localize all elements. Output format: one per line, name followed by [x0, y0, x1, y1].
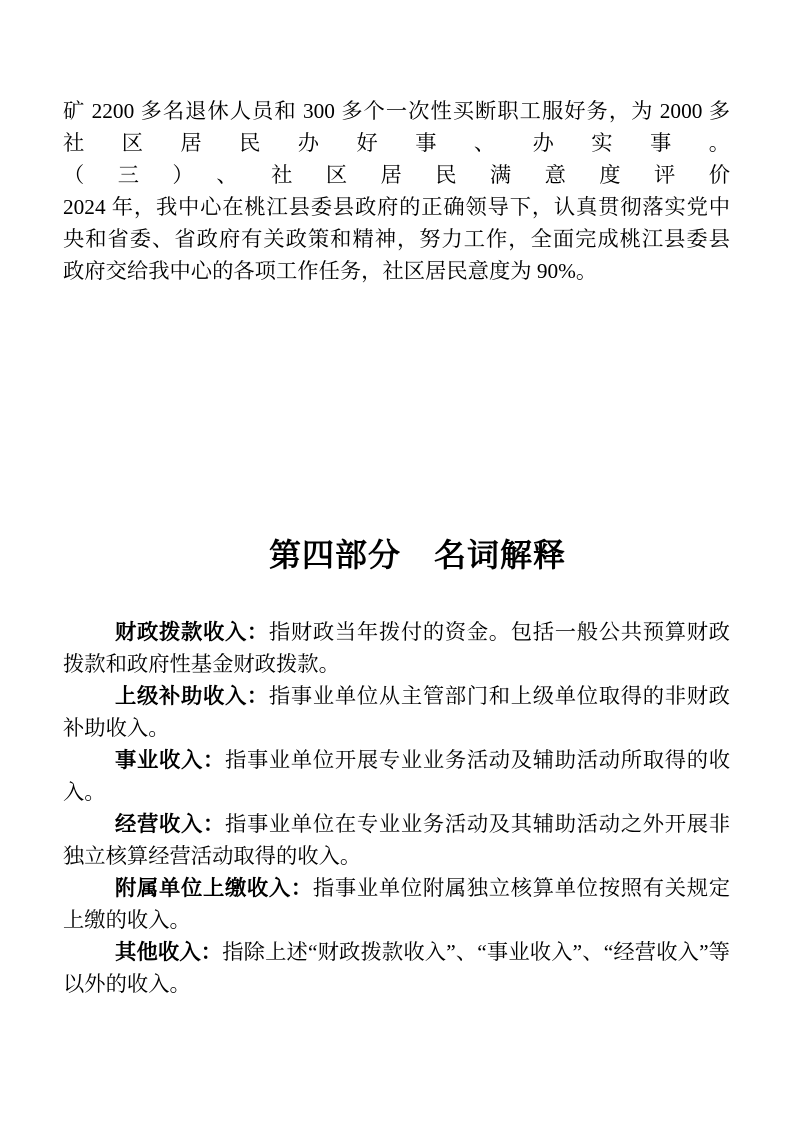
intro-line-2: 社区居民办好事、办实事。	[63, 127, 730, 159]
definition-paragraph-business-income: 经营收入：指事业单位在专业业务活动及其辅助活动之外开展非独立核算经营活动取得的收…	[63, 808, 730, 872]
definition-term: 附属单位上缴收入：	[115, 876, 313, 900]
definition-paragraph-other-income: 其他收入：指除上述“财政拨款收入”、“事业收入”、“经营收入”等以外的收入。	[63, 936, 730, 1000]
intro-line-5: 央和省委、省政府有关政策和精神，努力工作，全面完成桃江县委县	[63, 223, 730, 255]
definition-term: 财政拨款收入：	[115, 620, 269, 644]
definition-paragraph-fiscal-appropriation: 财政拨款收入：指财政当年拨付的资金。包括一般公共预算财政拨款和政府性基金财政拨款…	[63, 616, 730, 680]
definition-term: 其他收入：	[115, 940, 222, 964]
definition-paragraph-operation-income: 事业收入：指事业单位开展专业业务活动及辅助活动所取得的收入。	[63, 744, 730, 808]
definition-paragraph-affiliated-unit-income: 附属单位上缴收入：指事业单位附属独立核算单位按照有关规定上缴的收入。	[63, 872, 730, 936]
intro-line-1: 矿 2200 多名退休人员和 300 多个一次性买断职工服好务，为 2000 多	[63, 95, 730, 127]
document-page: 矿 2200 多名退休人员和 300 多个一次性买断职工服好务，为 2000 多…	[0, 0, 793, 1122]
intro-line-3: （三）、社区居民满意度评价	[63, 159, 730, 191]
definition-term: 经营收入：	[115, 812, 225, 836]
section-title: 第四部分 名词解释	[63, 531, 730, 579]
intro-line-4: 2024 年，我中心在桃江县委县政府的正确领导下，认真贯彻落实党中	[63, 191, 730, 223]
definition-term: 上级补助收入：	[115, 684, 269, 708]
intro-section: 矿 2200 多名退休人员和 300 多个一次性买断职工服好务，为 2000 多…	[63, 95, 730, 287]
definition-term: 事业收入：	[115, 748, 225, 772]
intro-line-6: 政府交给我中心的各项工作任务，社区居民意度为 90%。	[63, 255, 730, 287]
definition-paragraph-superior-subsidy: 上级补助收入：指事业单位从主管部门和上级单位取得的非财政补助收入。	[63, 680, 730, 744]
definitions-section: 财政拨款收入：指财政当年拨付的资金。包括一般公共预算财政拨款和政府性基金财政拨款…	[63, 616, 730, 1000]
